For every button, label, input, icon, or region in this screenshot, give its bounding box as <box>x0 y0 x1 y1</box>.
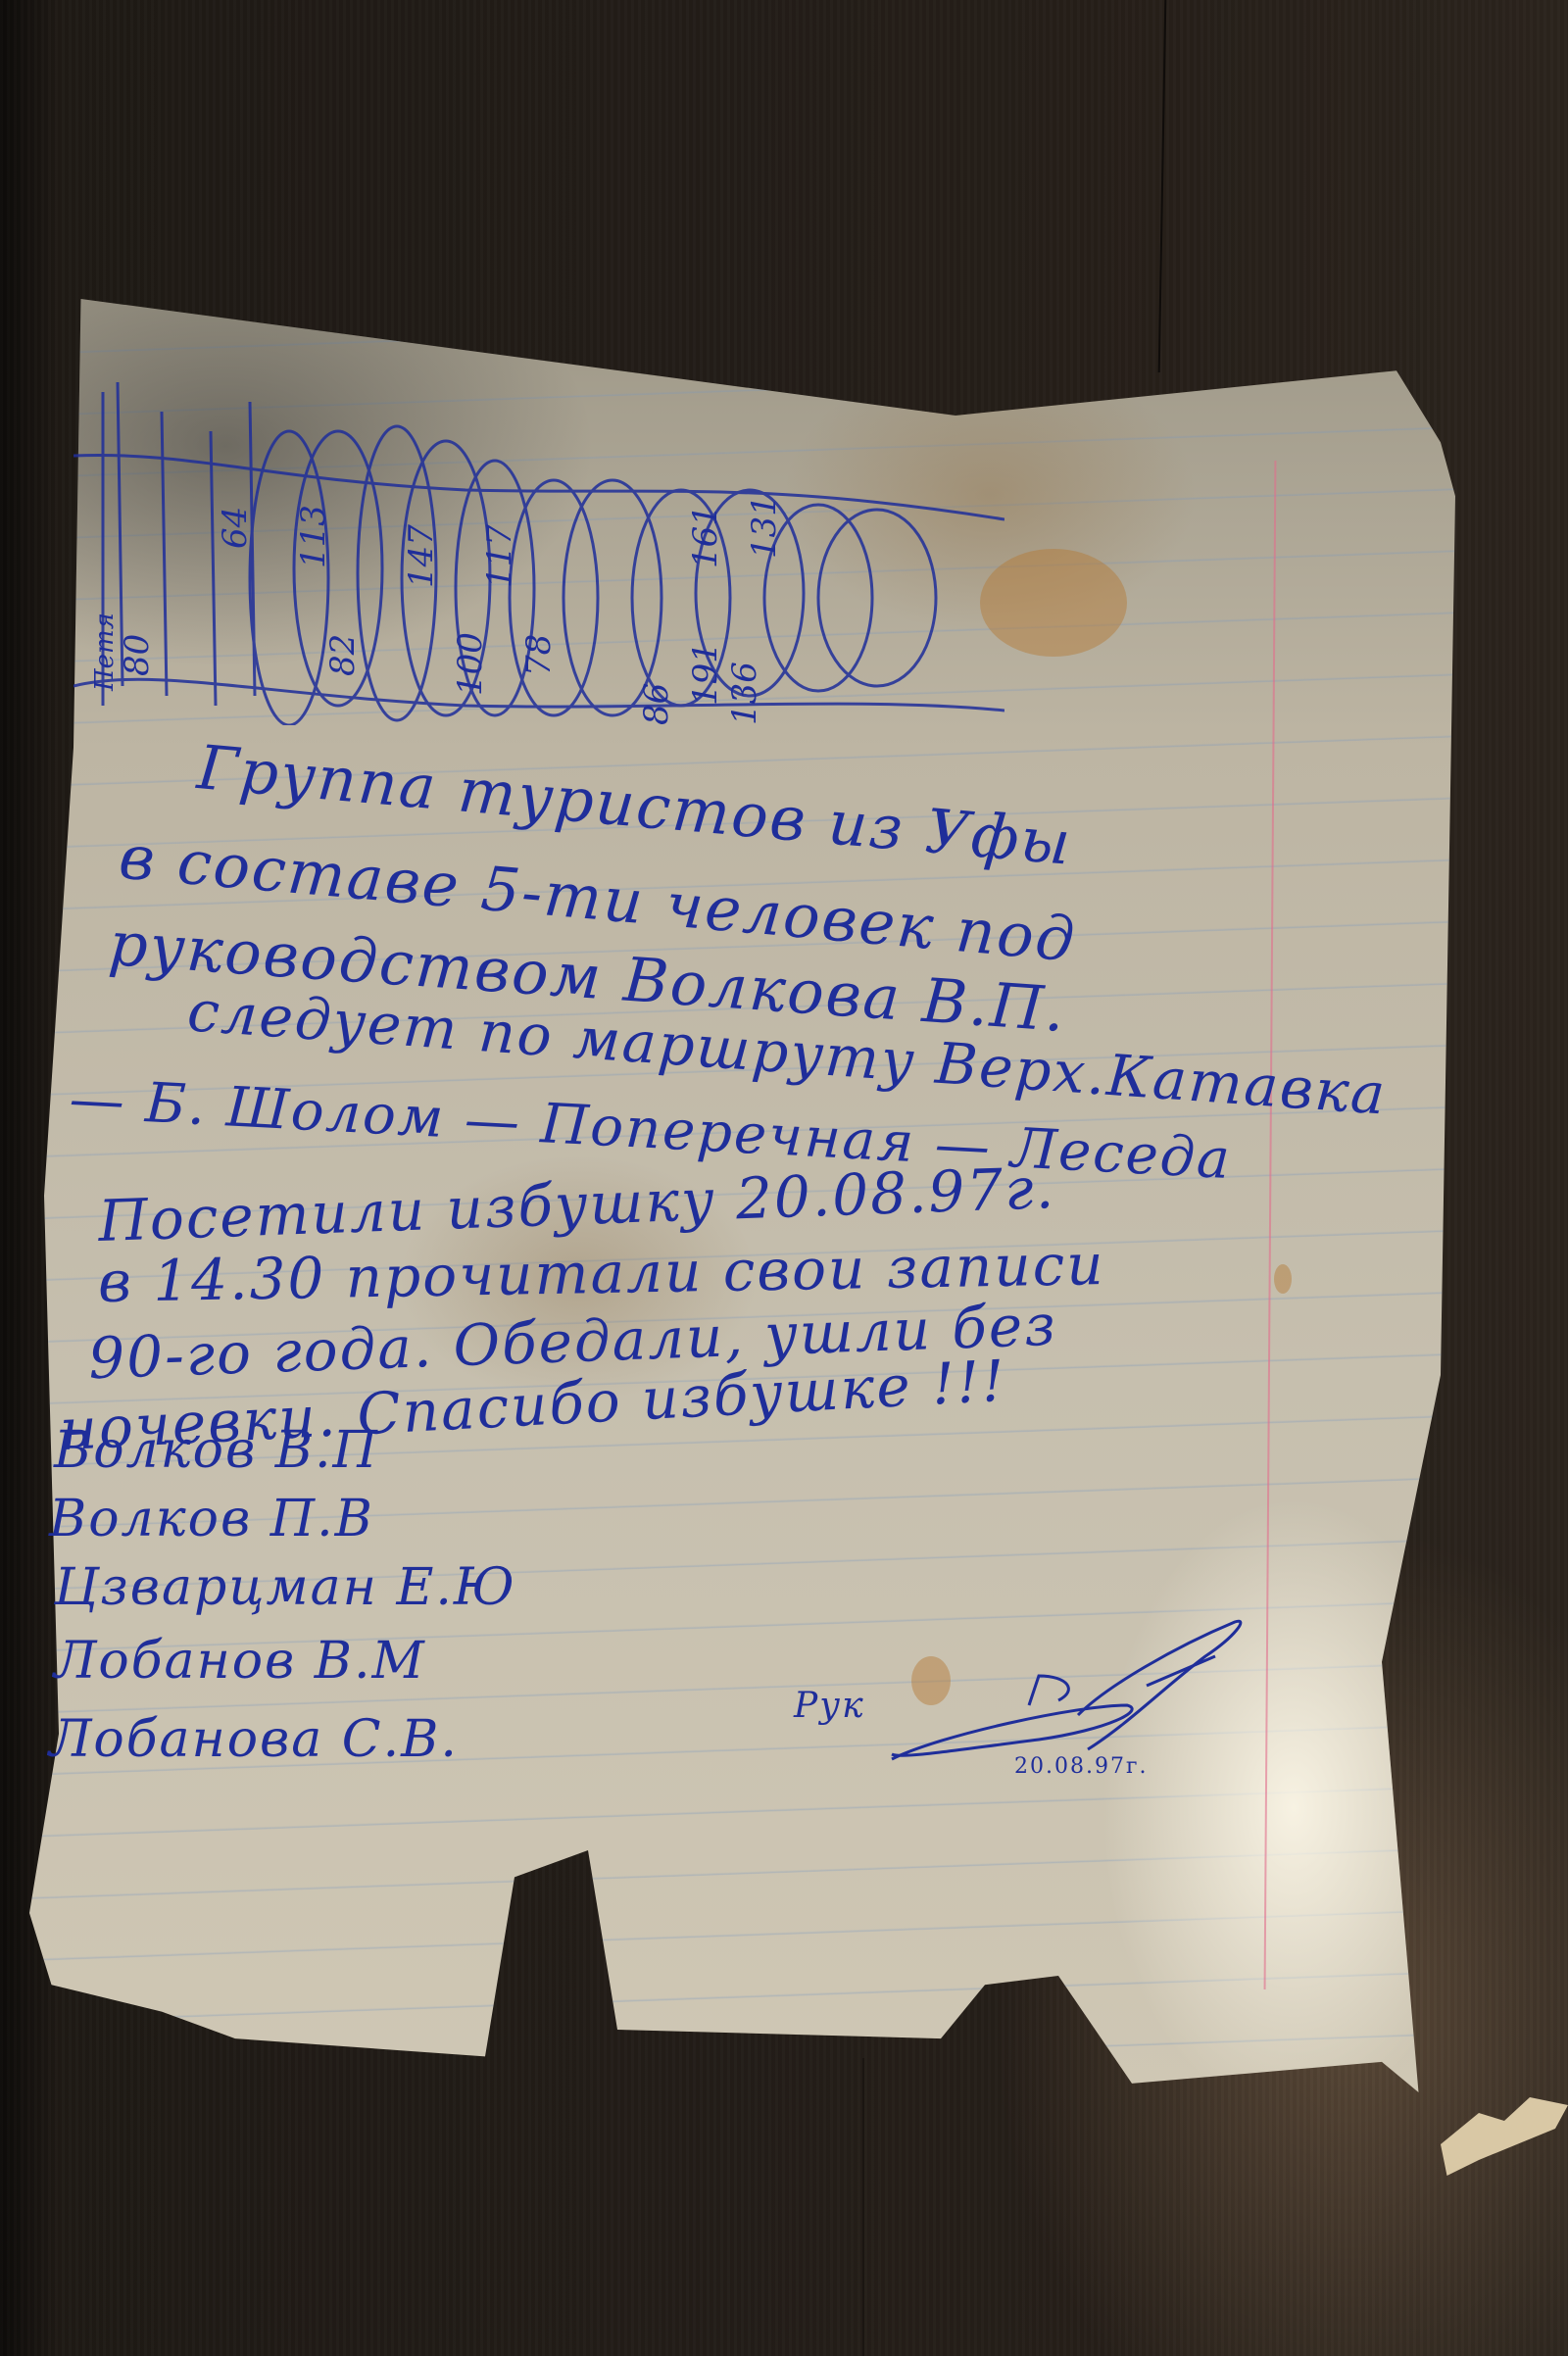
rust-stain <box>1274 1264 1292 1294</box>
tally-number: 82 <box>323 634 363 676</box>
tally-number: 147 <box>402 524 441 588</box>
signature-prefix: Рук <box>794 1686 865 1726</box>
tally-number: 136 <box>725 662 764 725</box>
tally-name: Петя <box>90 613 120 691</box>
signatory-name: Волков В.П <box>54 1421 379 1480</box>
tally-number: 131 <box>745 495 784 559</box>
signature-date: 20.08.97г. <box>1014 1754 1149 1779</box>
signatory-name: Волков П.В <box>49 1490 374 1548</box>
tally-number: 86 <box>637 683 676 725</box>
tally-number: 100 <box>451 632 490 696</box>
signatory-name: Лобанова С.В. <box>49 1710 459 1769</box>
tally-number: 78 <box>519 634 559 676</box>
signature-scribble <box>882 1617 1254 1764</box>
tally-number: 113 <box>294 505 333 568</box>
tally-number: 191 <box>686 642 725 706</box>
tally-number: 80 <box>118 634 157 676</box>
tally-number: 161 <box>686 505 725 568</box>
tally-number: 64 <box>216 507 255 549</box>
floor-plank-gap <box>862 2058 864 2356</box>
signatory-name: Лобанов В.М <box>54 1632 426 1691</box>
signatory-name: Цзварцман Е.Ю <box>54 1558 516 1617</box>
tally-number: 117 <box>480 524 519 588</box>
